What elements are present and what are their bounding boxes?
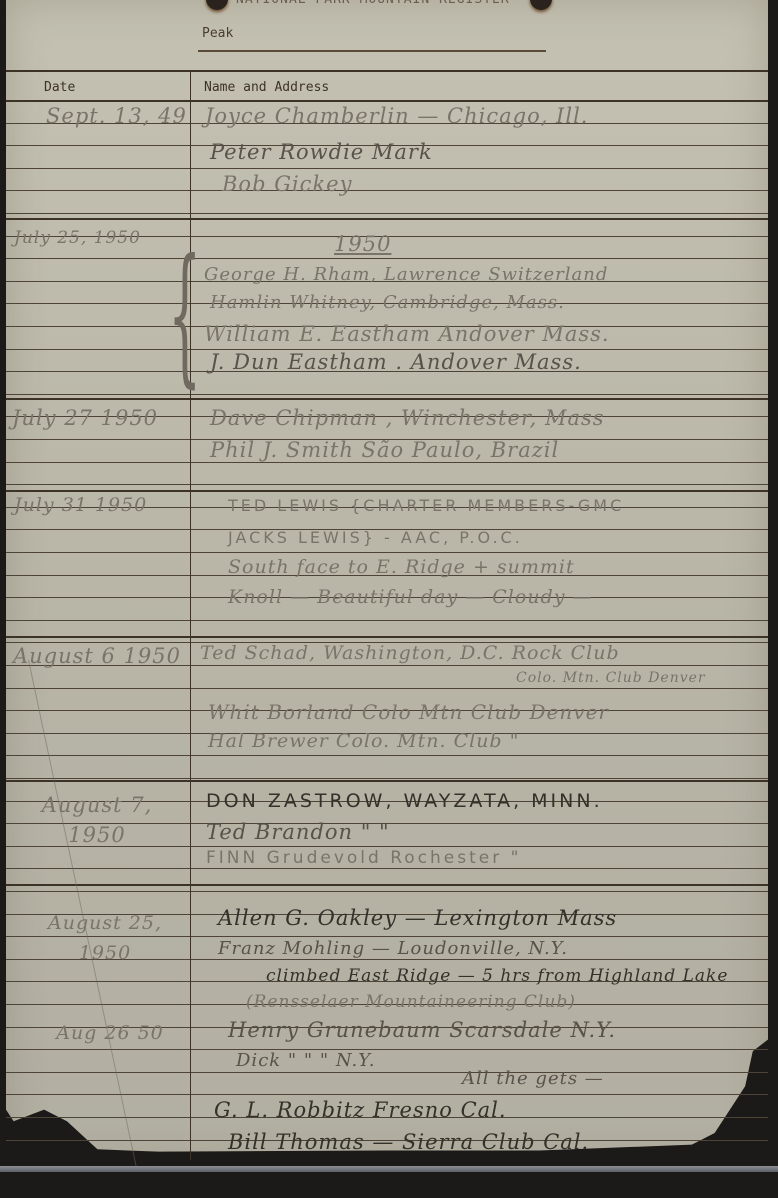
entry-line: TED LEWIS {CHARTER MEMBERS-GMC [228, 496, 624, 515]
ruled-line [6, 552, 768, 553]
peak-label: Peak [202, 26, 233, 41]
ruled-line [6, 258, 768, 259]
register-title: NATIONAL PARK MOUNTAIN REGISTER [236, 0, 510, 7]
entry-line: Bob Gickey [222, 172, 352, 196]
entry-line: William E. Eastham Andover Mass. [204, 322, 610, 346]
entry-line: Peter Rowdie Mark [210, 140, 433, 164]
entry-line: JACKS LEWIS} - AAC, P.O.C. [228, 528, 523, 547]
ruled-line [6, 620, 768, 621]
ruled-line [6, 1072, 768, 1073]
entry-line: climbed East Ridge — 5 hrs from Highland… [266, 966, 728, 986]
ruled-line [6, 70, 768, 72]
entry-line: Phil J. Smith São Paulo, Brazil [210, 438, 559, 462]
entry-line: Dave Chipman , Winchester, Mass [210, 406, 605, 430]
entry-line: DON ZASTROW, WAYZATA, MINN. [206, 790, 603, 812]
entry-line: Allen G. Oakley — Lexington Mass [218, 906, 617, 930]
entry-date: July 25, 1950 [14, 228, 141, 248]
entry-line: (Rensselaer Mountaineering Club) [246, 992, 576, 1012]
ruled-line [6, 168, 768, 169]
entry-line: Joyce Chamberlin — Chicago, Ill. [205, 104, 588, 128]
entry-line: Henry Grunebaum Scarsdale N.Y. [228, 1018, 616, 1042]
entry-date: Aug 26 50 [50, 1018, 170, 1048]
entry-line: South face to E. Ridge + summit [228, 556, 575, 578]
entry-date: July 27 1950 [12, 406, 158, 430]
ruled-line [6, 462, 768, 463]
entry-line: George H. Rham, Lawrence Switzerland [204, 264, 608, 285]
entry-line: Franz Mohling — Loudonville, N.Y. [218, 938, 568, 959]
clip-hole [530, 0, 552, 10]
column-header-name-address: Name and Address [204, 80, 329, 95]
ruled-line [6, 780, 768, 782]
ruled-line [6, 100, 768, 102]
ruled-line [6, 213, 768, 214]
entry-line: All the gets — [462, 1068, 604, 1089]
ruled-line [6, 884, 768, 886]
entry-line: Ted Schad, Washington, D.C. Rock Club [200, 642, 620, 664]
entry-date: Sept. 13, 49 [46, 104, 187, 128]
ruled-line [6, 868, 768, 869]
ruled-line [6, 394, 768, 395]
peak-field [198, 50, 546, 52]
ruled-line [6, 484, 768, 485]
entry-date: August 7, 1950 [12, 790, 182, 850]
entry-line: Knoll — Beautiful day — Cloudy — [228, 586, 593, 608]
entry-date: August 25, 1950 [30, 908, 180, 968]
entry-date: August 6 1950 [12, 642, 182, 670]
entry-date: July 31 1950 [14, 494, 147, 516]
ruled-line [6, 778, 768, 779]
entry-line: G. L. Robbitz Fresno Cal. [214, 1098, 507, 1122]
ruled-line [6, 688, 768, 689]
entry-line: Colo. Mtn. Club Denver [516, 670, 706, 686]
clip-hole [206, 0, 228, 10]
ruled-line [6, 190, 768, 191]
column-header-date: Date [44, 80, 75, 95]
ruled-line [6, 636, 768, 638]
entry-line: J. Dun Eastham . Andover Mass. [210, 350, 582, 374]
ruled-line [6, 891, 768, 892]
entry-line: Hal Brewer Colo. Mtn. Club " [208, 730, 519, 752]
ruled-line [6, 1049, 768, 1050]
frame-glass-edge [0, 1166, 778, 1172]
ruled-line [6, 755, 768, 756]
entry-line: FINN Grudevold Rochester " [206, 848, 521, 868]
ruled-line [6, 218, 768, 220]
entry-line: Bill Thomas — Sierra Club Cal. [228, 1130, 589, 1154]
bracket-mark: { [168, 240, 201, 390]
entry-line: Ted Brandon " " [206, 820, 390, 844]
entry-line: Dick " " " N.Y. [236, 1050, 376, 1071]
ruled-line [6, 490, 768, 492]
year-heading: 1950 [334, 232, 391, 256]
entry-line: Whit Borland Colo Mtn Club Denver [208, 700, 609, 724]
ruled-line [6, 398, 768, 400]
entry-line: Hamlin Whitney, Cambridge, Mass. [210, 292, 565, 313]
